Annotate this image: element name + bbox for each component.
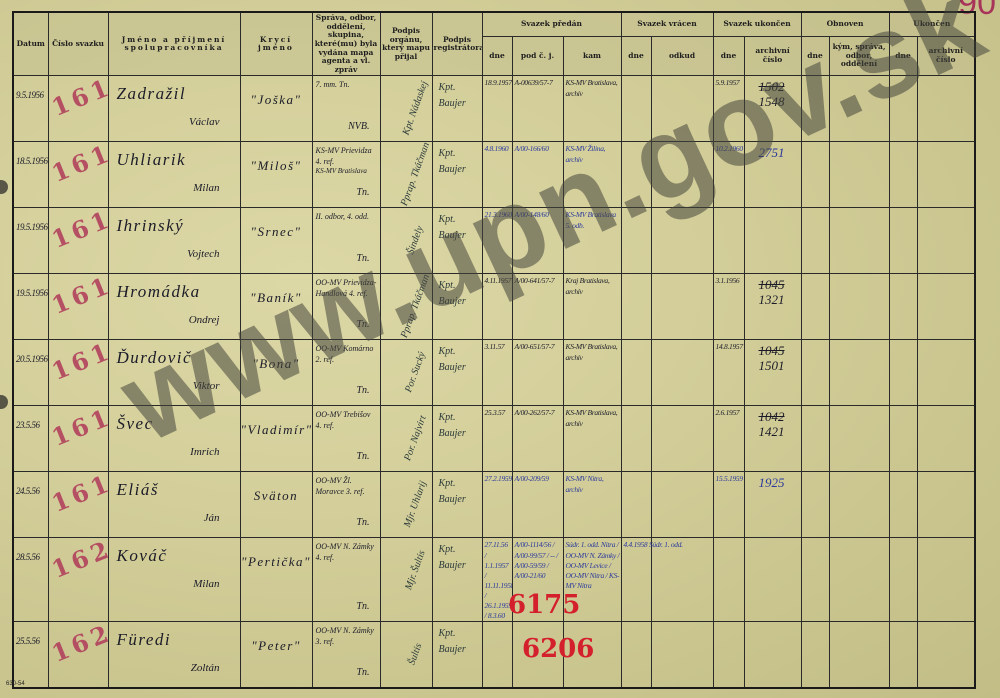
surname: Švec xyxy=(117,414,154,434)
cell-vracen-dne xyxy=(621,76,651,142)
destination: KS-MV Bratislava, archív xyxy=(566,78,620,98)
cell-datum: 18.5.1956 xyxy=(13,142,48,208)
cell-obnoven-dne xyxy=(801,142,829,208)
cell-podpis-registratora: Kpt. Baujer xyxy=(432,142,482,208)
header-ukoncen-archiv: archivní číslo xyxy=(744,36,801,76)
cell-kryci-jmeno: "Pertička" xyxy=(240,538,312,622)
archive-number-struck: 1045 xyxy=(759,343,785,358)
cell-predan-kam: KS-MV Bratislava, archív xyxy=(563,76,621,142)
given-name: Viktor xyxy=(193,380,220,392)
cell-ukoncen2-archiv xyxy=(917,208,975,274)
table-row: 19.5.1956 1615 Ihrinský Vojtech "Srnec" … xyxy=(13,208,975,274)
archive-number: 1321 xyxy=(759,293,801,308)
officer-signature: Mjr. Uhlarij xyxy=(380,472,432,538)
department-initials: Tn. xyxy=(356,600,369,613)
given-name: Ján xyxy=(204,512,220,524)
cell-obnoven-kym xyxy=(829,208,889,274)
table-row: 18.5.1956 1614 Uhliarik Milan "Miloš" KS… xyxy=(13,142,975,208)
cell-podpis-registratora: Kpt. Baujer xyxy=(432,208,482,274)
cell-vracen-odkud xyxy=(651,472,713,538)
department-initials: Tn. xyxy=(356,186,369,199)
cell-obnoven-kym xyxy=(829,76,889,142)
cell-ukoncen2-archiv xyxy=(917,76,975,142)
department-initials: NVB. xyxy=(348,120,369,133)
cover-name: "Srnec" xyxy=(241,224,312,240)
table-row: 28.5.56 1620 Kováč Milan "Pertička" OO-M… xyxy=(13,538,975,622)
cell-podpis-organu: Mjr. Uhlarij xyxy=(380,472,432,538)
cell-kryci-jmeno: "Srnec" xyxy=(240,208,312,274)
cell-ukoncen2-dne xyxy=(889,274,917,340)
reference-number: A/00-651/57-7 xyxy=(515,342,562,352)
header-ukoncen-dne: dne xyxy=(713,36,744,76)
cell-archiv-cislo xyxy=(744,208,801,274)
cell-sprava: 7. mm. Tn. NVB. xyxy=(312,76,380,142)
cell-ukoncen-dne: 14.8.1957 xyxy=(713,340,744,406)
cell-podpis-registratora: Kpt. Baujer xyxy=(432,76,482,142)
cell-obnoven-dne xyxy=(801,208,829,274)
reference-number: A/00-1114/56 / A/00-99/57 / -- / A/00-59… xyxy=(515,540,562,581)
volume-number-stamp: 1621 xyxy=(48,622,108,668)
department-initials: Tn. xyxy=(356,252,369,265)
cell-obnoven-dne xyxy=(801,406,829,472)
agent-register-table: Datum Číslo svazku Jméno a příjmení spol… xyxy=(12,11,976,689)
cell-ukoncen2-dne xyxy=(889,472,917,538)
cell-sprava: OO-MV Prievidza-Handlová 4. ref. Tn. xyxy=(312,274,380,340)
red-stamp-6206: 6206 xyxy=(522,634,594,664)
department-initials: Tn. xyxy=(356,450,369,463)
cell-ukoncen2-archiv xyxy=(917,472,975,538)
table-row: 20.5.1956 1617 Ďurdovič Viktor "Bona" OO… xyxy=(13,340,975,406)
cell-predan-cj: A/00-651/57-7 xyxy=(512,340,563,406)
cell-podpis-organu: Šindely xyxy=(380,208,432,274)
cell-cislo-svazku: 1618 xyxy=(48,406,108,472)
department: OO-MV Komárno 2. ref. xyxy=(316,344,378,365)
header-ukoncen2-archiv: archivní číslo xyxy=(917,36,975,76)
cell-ukoncen2-dne xyxy=(889,406,917,472)
department-initials: Tn. xyxy=(356,516,369,529)
cell-jmeno: Uhliarik Milan xyxy=(108,142,240,208)
header-obnoven-kym: kým, správa, odbor, oddělení xyxy=(829,36,889,76)
cell-datum: 23.5.56 xyxy=(13,406,48,472)
table-row: 24.5.56 1619 Eliáš Ján Sväton OO-MV Žl. … xyxy=(13,472,975,538)
cover-name: Sväton xyxy=(241,488,312,504)
cell-obnoven-dne xyxy=(801,538,829,622)
table-row: 9.5.1956 1613 Zadražil Václav "Joška" 7.… xyxy=(13,76,975,142)
archive-number: 1421 xyxy=(759,425,801,440)
cell-podpis-organu: Por. Sucký xyxy=(380,340,432,406)
given-name: Milan xyxy=(193,578,219,590)
archive-number-struck: 1502 xyxy=(759,79,785,94)
header-svazek-ukoncen: Svazek ukončen xyxy=(713,12,801,36)
cell-vracen-dne xyxy=(621,208,651,274)
cell-sprava: OO-MV Žl. Moravce 3. ref. Tn. xyxy=(312,472,380,538)
cell-obnoven-dne xyxy=(801,622,829,688)
destination: KS-MV Žilina, archív xyxy=(566,144,620,164)
table-row: 19.5.1956 1616 Hromádka Ondrej "Baník" O… xyxy=(13,274,975,340)
destination: KS-MV Nitra, archív xyxy=(566,474,620,494)
department: OO-MV Žl. Moravce 3. ref. xyxy=(316,476,378,497)
cell-obnoven-kym xyxy=(829,472,889,538)
cell-datum: 9.5.1956 xyxy=(13,76,48,142)
destination: KS-MV Bratislava, archív xyxy=(566,408,620,428)
cell-jmeno: Kováč Milan xyxy=(108,538,240,622)
department-initials: Tn. xyxy=(356,384,369,397)
cell-podpis-organu: Mjr. Šultis xyxy=(380,538,432,622)
cell-podpis-registratora: Kpt. Baujer xyxy=(432,406,482,472)
cell-vracen-dne xyxy=(621,472,651,538)
cell-jmeno: Füredi Zoltán xyxy=(108,622,240,688)
department: OO-MV N. Zámky 4. ref. xyxy=(316,542,378,563)
cell-predan-dne: 4.8.1960 xyxy=(482,142,512,208)
cell-sprava: OO-MV N. Zámky 4. ref. Tn. xyxy=(312,538,380,622)
archive-number-struck: 1042 xyxy=(759,409,785,424)
surname: Ihrinský xyxy=(117,216,185,236)
cell-cislo-svazku: 1617 xyxy=(48,340,108,406)
cover-name: "Miloš" xyxy=(241,158,312,174)
cell-ukoncen2-archiv xyxy=(917,538,975,622)
cell-vracen-odkud xyxy=(651,76,713,142)
cell-predan-kam: KS-MV Nitra, archív xyxy=(563,472,621,538)
cell-datum: 19.5.1956 xyxy=(13,208,48,274)
header-predan-dne: dne xyxy=(482,36,512,76)
surname: Ďurdovič xyxy=(117,348,193,368)
cell-obnoven-dne xyxy=(801,274,829,340)
department: OO-MV Trebišov 4. ref. xyxy=(316,410,378,431)
department-note: KS-MV Bratislava xyxy=(316,167,378,176)
cell-predan-dne: 18.9.1957 xyxy=(482,76,512,142)
cell-archiv-cislo: 2751 xyxy=(744,142,801,208)
cell-predan-cj: A/00-262/57-7 xyxy=(512,406,563,472)
given-name: Vojtech xyxy=(187,248,219,260)
table-row: 25.5.56 1621 Füredi Zoltán "Peter" OO-MV… xyxy=(13,622,975,688)
cell-ukoncen2-archiv xyxy=(917,274,975,340)
destination: Súdr. 1. odd. Nitra / OO-MV N. Zámky / O… xyxy=(566,540,620,591)
cell-vracen-dne xyxy=(621,142,651,208)
cell-predan-cj: A-00639/57-7 xyxy=(512,76,563,142)
cell-archiv-cislo: 1045 1321 xyxy=(744,274,801,340)
cell-podpis-organu: Šultis xyxy=(380,622,432,688)
cover-name: "Pertička" xyxy=(241,554,312,570)
cell-vracen-dne: 4.4.1958 Súdr. 1. odd. xyxy=(621,538,651,622)
volume-number-stamp: 1614 xyxy=(48,142,108,188)
destination: KS-MV Bratislava, archív xyxy=(566,342,620,362)
cell-ukoncen-dne: 5.9.1957 xyxy=(713,76,744,142)
officer-signature: Por. Sucký xyxy=(380,340,432,406)
archive-number: 1501 xyxy=(759,359,801,374)
cell-predan-cj: A/00-641/57-7 xyxy=(512,274,563,340)
cell-podpis-organu: Kpt. Nádaskej xyxy=(380,76,432,142)
reference-number: A-00639/57-7 xyxy=(515,78,562,88)
volume-number-stamp: 1613 xyxy=(48,76,108,122)
cell-predan-cj: A/00-148/60 xyxy=(512,208,563,274)
officer-signature: Šultis xyxy=(380,622,432,688)
volume-number-stamp: 1616 xyxy=(48,274,108,320)
destination: KS-MV Bratislava 5. odb. xyxy=(566,210,620,230)
cell-podpis-organu: Pprap. Tkáčman xyxy=(380,142,432,208)
cell-predan-dne: 25.3.57 xyxy=(482,406,512,472)
cover-name: "Vladimír" xyxy=(241,422,312,438)
archive-number: 1925 xyxy=(759,476,801,491)
officer-signature: Mjr. Šultis xyxy=(380,538,432,608)
cell-ukoncen2-dne xyxy=(889,208,917,274)
cell-ukoncen2-dne xyxy=(889,142,917,208)
cell-cislo-svazku: 1620 xyxy=(48,538,108,622)
surname: Hromádka xyxy=(117,282,201,302)
cell-obnoven-kym xyxy=(829,622,889,688)
volume-number-stamp: 1615 xyxy=(48,208,108,254)
header-ukoncen: Ukončen xyxy=(889,12,975,36)
cell-podpis-registratora: Kpt. Baujer xyxy=(432,274,482,340)
cell-datum: 24.5.56 xyxy=(13,472,48,538)
cell-ukoncen-dne: 2.6.1957 xyxy=(713,406,744,472)
cell-ukoncen2-dne xyxy=(889,538,917,622)
cell-archiv-cislo xyxy=(744,538,801,622)
cell-kryci-jmeno: Sväton xyxy=(240,472,312,538)
cell-obnoven-dne xyxy=(801,340,829,406)
header-cislo-svazku: Číslo svazku xyxy=(48,12,108,76)
cell-sprava: OO-MV Trebišov 4. ref. Tn. xyxy=(312,406,380,472)
header-vracen-odkud: odkud xyxy=(651,36,713,76)
cell-vracen-dne xyxy=(621,340,651,406)
cell-podpis-registratora: Kpt. Baujer xyxy=(432,622,482,688)
reference-number: A/00-166/60 xyxy=(515,144,562,154)
cover-name: "Bona" xyxy=(241,356,312,372)
header-podpis-organu: Podpis orgánu, který mapu přijal xyxy=(380,12,432,76)
cell-archiv-cislo: 1042 1421 xyxy=(744,406,801,472)
cell-archiv-cislo xyxy=(744,622,801,688)
cell-kryci-jmeno: "Baník" xyxy=(240,274,312,340)
cell-kryci-jmeno: "Miloš" xyxy=(240,142,312,208)
cell-ukoncen2-archiv xyxy=(917,340,975,406)
cell-jmeno: Zadražil Václav xyxy=(108,76,240,142)
cell-vracen-dne xyxy=(621,274,651,340)
cell-ukoncen2-archiv xyxy=(917,622,975,688)
officer-signature: Šindely xyxy=(380,208,432,274)
cell-podpis-registratora: Kpt. Baujer xyxy=(432,340,482,406)
cell-jmeno: Švec Imrich xyxy=(108,406,240,472)
cell-predan-kam: KS-MV Bratislava, archív xyxy=(563,340,621,406)
cell-sprava: II. odbor, 4. odd. Tn. xyxy=(312,208,380,274)
cell-obnoven-dne xyxy=(801,76,829,142)
cell-cislo-svazku: 1616 xyxy=(48,274,108,340)
officer-signature: Kpt. Nádaskej xyxy=(380,76,432,142)
department-initials: Tn. xyxy=(356,318,369,331)
cell-jmeno: Ihrinský Vojtech xyxy=(108,208,240,274)
header-svazek-predan: Svazek předán xyxy=(482,12,621,36)
binder-hole xyxy=(0,395,8,409)
cell-obnoven-kym xyxy=(829,142,889,208)
cell-kryci-jmeno: "Peter" xyxy=(240,622,312,688)
cell-ukoncen2-archiv xyxy=(917,406,975,472)
cell-predan-dne: 27.2.1959 xyxy=(482,472,512,538)
surname: Füredi xyxy=(117,630,172,650)
form-code: 630-54 xyxy=(6,681,25,687)
surname: Kováč xyxy=(117,546,168,566)
cell-obnoven-kym xyxy=(829,340,889,406)
surname: Uhliarik xyxy=(117,150,187,170)
header-predan-kam: kam xyxy=(563,36,621,76)
cell-sprava: OO-MV N. Zámky 3. ref. Tn. xyxy=(312,622,380,688)
cell-ukoncen-dne: 10.2.1960 xyxy=(713,142,744,208)
cover-name: "Joška" xyxy=(241,92,312,108)
cell-ukoncen2-dne xyxy=(889,340,917,406)
cell-cislo-svazku: 1621 xyxy=(48,622,108,688)
cell-jmeno: Hromádka Ondrej xyxy=(108,274,240,340)
reference-number: A/00-148/60 xyxy=(515,210,562,220)
header-podpis-registratora: Podpis registrátora xyxy=(432,12,482,76)
cell-podpis-organu: Pprap. Tkáčman xyxy=(380,274,432,340)
cell-ukoncen-dne xyxy=(713,538,744,622)
cell-cislo-svazku: 1613 xyxy=(48,76,108,142)
cell-predan-kam: KS-MV Bratislava, archív xyxy=(563,406,621,472)
cell-jmeno: Ďurdovič Viktor xyxy=(108,340,240,406)
cell-archiv-cislo: 1925 xyxy=(744,472,801,538)
archive-number: 1548 xyxy=(759,95,801,110)
cell-predan-dne: 3.11.57 xyxy=(482,340,512,406)
given-name: Ondrej xyxy=(189,314,220,326)
cell-kryci-jmeno: "Vladimír" xyxy=(240,406,312,472)
cell-vracen-dne xyxy=(621,406,651,472)
volume-number-stamp: 1618 xyxy=(48,406,108,452)
cell-ukoncen2-dne xyxy=(889,622,917,688)
cell-datum: 28.5.56 xyxy=(13,538,48,622)
destination: Kraj Bratislava, archív xyxy=(566,276,620,296)
cell-vracen-odkud xyxy=(651,538,713,622)
cell-jmeno: Eliáš Ján xyxy=(108,472,240,538)
officer-signature: Por. Najvirt xyxy=(380,406,432,472)
header-obnoven-dne: dne xyxy=(801,36,829,76)
cell-ukoncen-dne: 3.1.1956 xyxy=(713,274,744,340)
cell-vracen-odkud xyxy=(651,274,713,340)
cell-datum: 25.5.56 xyxy=(13,622,48,688)
archive-number-struck: 1045 xyxy=(759,277,785,292)
reference-number: A/00-262/57-7 xyxy=(515,408,562,418)
cell-obnoven-kym xyxy=(829,538,889,622)
cell-ukoncen2-dne xyxy=(889,76,917,142)
cell-predan-kam: Kraj Bratislava, archív xyxy=(563,274,621,340)
cell-kryci-jmeno: "Bona" xyxy=(240,340,312,406)
cover-name: "Peter" xyxy=(241,638,312,654)
cell-datum: 19.5.1956 xyxy=(13,274,48,340)
cell-kryci-jmeno: "Joška" xyxy=(240,76,312,142)
volume-number-stamp: 1620 xyxy=(48,538,108,584)
header-ukoncen2-dne: dne xyxy=(889,36,917,76)
cell-vracen-odkud xyxy=(651,142,713,208)
binder-hole xyxy=(0,180,8,194)
department: II. odbor, 4. odd. xyxy=(316,212,378,222)
officer-signature: Pprap. Tkáčman xyxy=(380,142,432,208)
cell-cislo-svazku: 1614 xyxy=(48,142,108,208)
cell-cislo-svazku: 1619 xyxy=(48,472,108,538)
cell-predan-cj: A/00-209/59 xyxy=(512,472,563,538)
reference-number: A/00-209/59 xyxy=(515,474,562,484)
cell-obnoven-kym xyxy=(829,274,889,340)
header-obnoven: Obnoven xyxy=(801,12,889,36)
header-kryci-jmeno: Krycí jméno xyxy=(240,12,312,76)
cell-sprava: OO-MV Komárno 2. ref. Tn. xyxy=(312,340,380,406)
cell-podpis-registratora: Kpt. Baujer xyxy=(432,538,482,622)
cell-vracen-odkud xyxy=(651,340,713,406)
red-stamp-6175: 6175 xyxy=(508,590,580,620)
header-svazek-vracen: Svazek vrácen xyxy=(621,12,713,36)
cell-predan-kam: KS-MV Žilina, archív xyxy=(563,142,621,208)
cell-predan-kam: KS-MV Bratislava 5. odb. xyxy=(563,208,621,274)
cell-predan-dne: 4.11.1957 xyxy=(482,274,512,340)
header-jmeno: Jméno a příjmení spolupracovníka xyxy=(108,12,240,76)
cell-archiv-cislo: 1502 1548 xyxy=(744,76,801,142)
cell-ukoncen2-archiv xyxy=(917,142,975,208)
department-initials: Tn. xyxy=(356,666,369,679)
cell-ukoncen-dne xyxy=(713,208,744,274)
officer-signature: Pprap. Tkáčman xyxy=(380,274,432,340)
header-datum: Datum xyxy=(13,12,48,76)
ledger-page: 90 Datum Číslo svazku Jméno a příjmení s… xyxy=(0,0,1000,698)
cell-podpis-organu: Por. Najvirt xyxy=(380,406,432,472)
department: 7. mm. Tn. xyxy=(316,80,378,90)
cell-predan-cj: A/00-166/60 xyxy=(512,142,563,208)
cell-vracen-odkud xyxy=(651,622,713,688)
cell-ukoncen-dne xyxy=(713,622,744,688)
given-name: Václav xyxy=(189,116,220,128)
department: KS-MV Prievidza 4. ref. xyxy=(316,146,378,167)
cover-name: "Baník" xyxy=(241,290,312,306)
cell-podpis-registratora: Kpt. Baujer xyxy=(432,472,482,538)
cell-predan-dne xyxy=(482,622,512,688)
cell-vracen-dne xyxy=(621,622,651,688)
volume-number-stamp: 1619 xyxy=(48,472,108,518)
given-name: Imrich xyxy=(190,446,219,458)
given-name: Milan xyxy=(193,182,219,194)
department: OO-MV Prievidza-Handlová 4. ref. xyxy=(316,278,378,299)
table-row: 23.5.56 1618 Švec Imrich "Vladimír" OO-M… xyxy=(13,406,975,472)
volume-number-stamp: 1617 xyxy=(48,340,108,386)
given-name: Zoltán xyxy=(191,662,220,674)
cell-sprava: KS-MV Prievidza 4. ref. KS-MV Bratislava… xyxy=(312,142,380,208)
department: OO-MV N. Zámky 3. ref. xyxy=(316,626,378,647)
reference-number: A/00-641/57-7 xyxy=(515,276,562,286)
archive-number: 2751 xyxy=(759,146,801,161)
header-sprava: Správa, odbor, oddělení, skupina, které(… xyxy=(312,12,380,76)
header-vracen-dne: dne xyxy=(621,36,651,76)
cell-predan-dne: 21.3.1960 xyxy=(482,208,512,274)
cell-archiv-cislo: 1045 1501 xyxy=(744,340,801,406)
surname: Zadražil xyxy=(117,84,187,104)
cell-ukoncen-dne: 15.5.1959 xyxy=(713,472,744,538)
surname: Eliáš xyxy=(117,480,159,500)
cell-vracen-odkud xyxy=(651,406,713,472)
header-predan-cj: pod č. j. xyxy=(512,36,563,76)
cell-obnoven-kym xyxy=(829,406,889,472)
cell-datum: 20.5.1956 xyxy=(13,340,48,406)
cell-cislo-svazku: 1615 xyxy=(48,208,108,274)
cell-obnoven-dne xyxy=(801,472,829,538)
cell-vracen-odkud xyxy=(651,208,713,274)
